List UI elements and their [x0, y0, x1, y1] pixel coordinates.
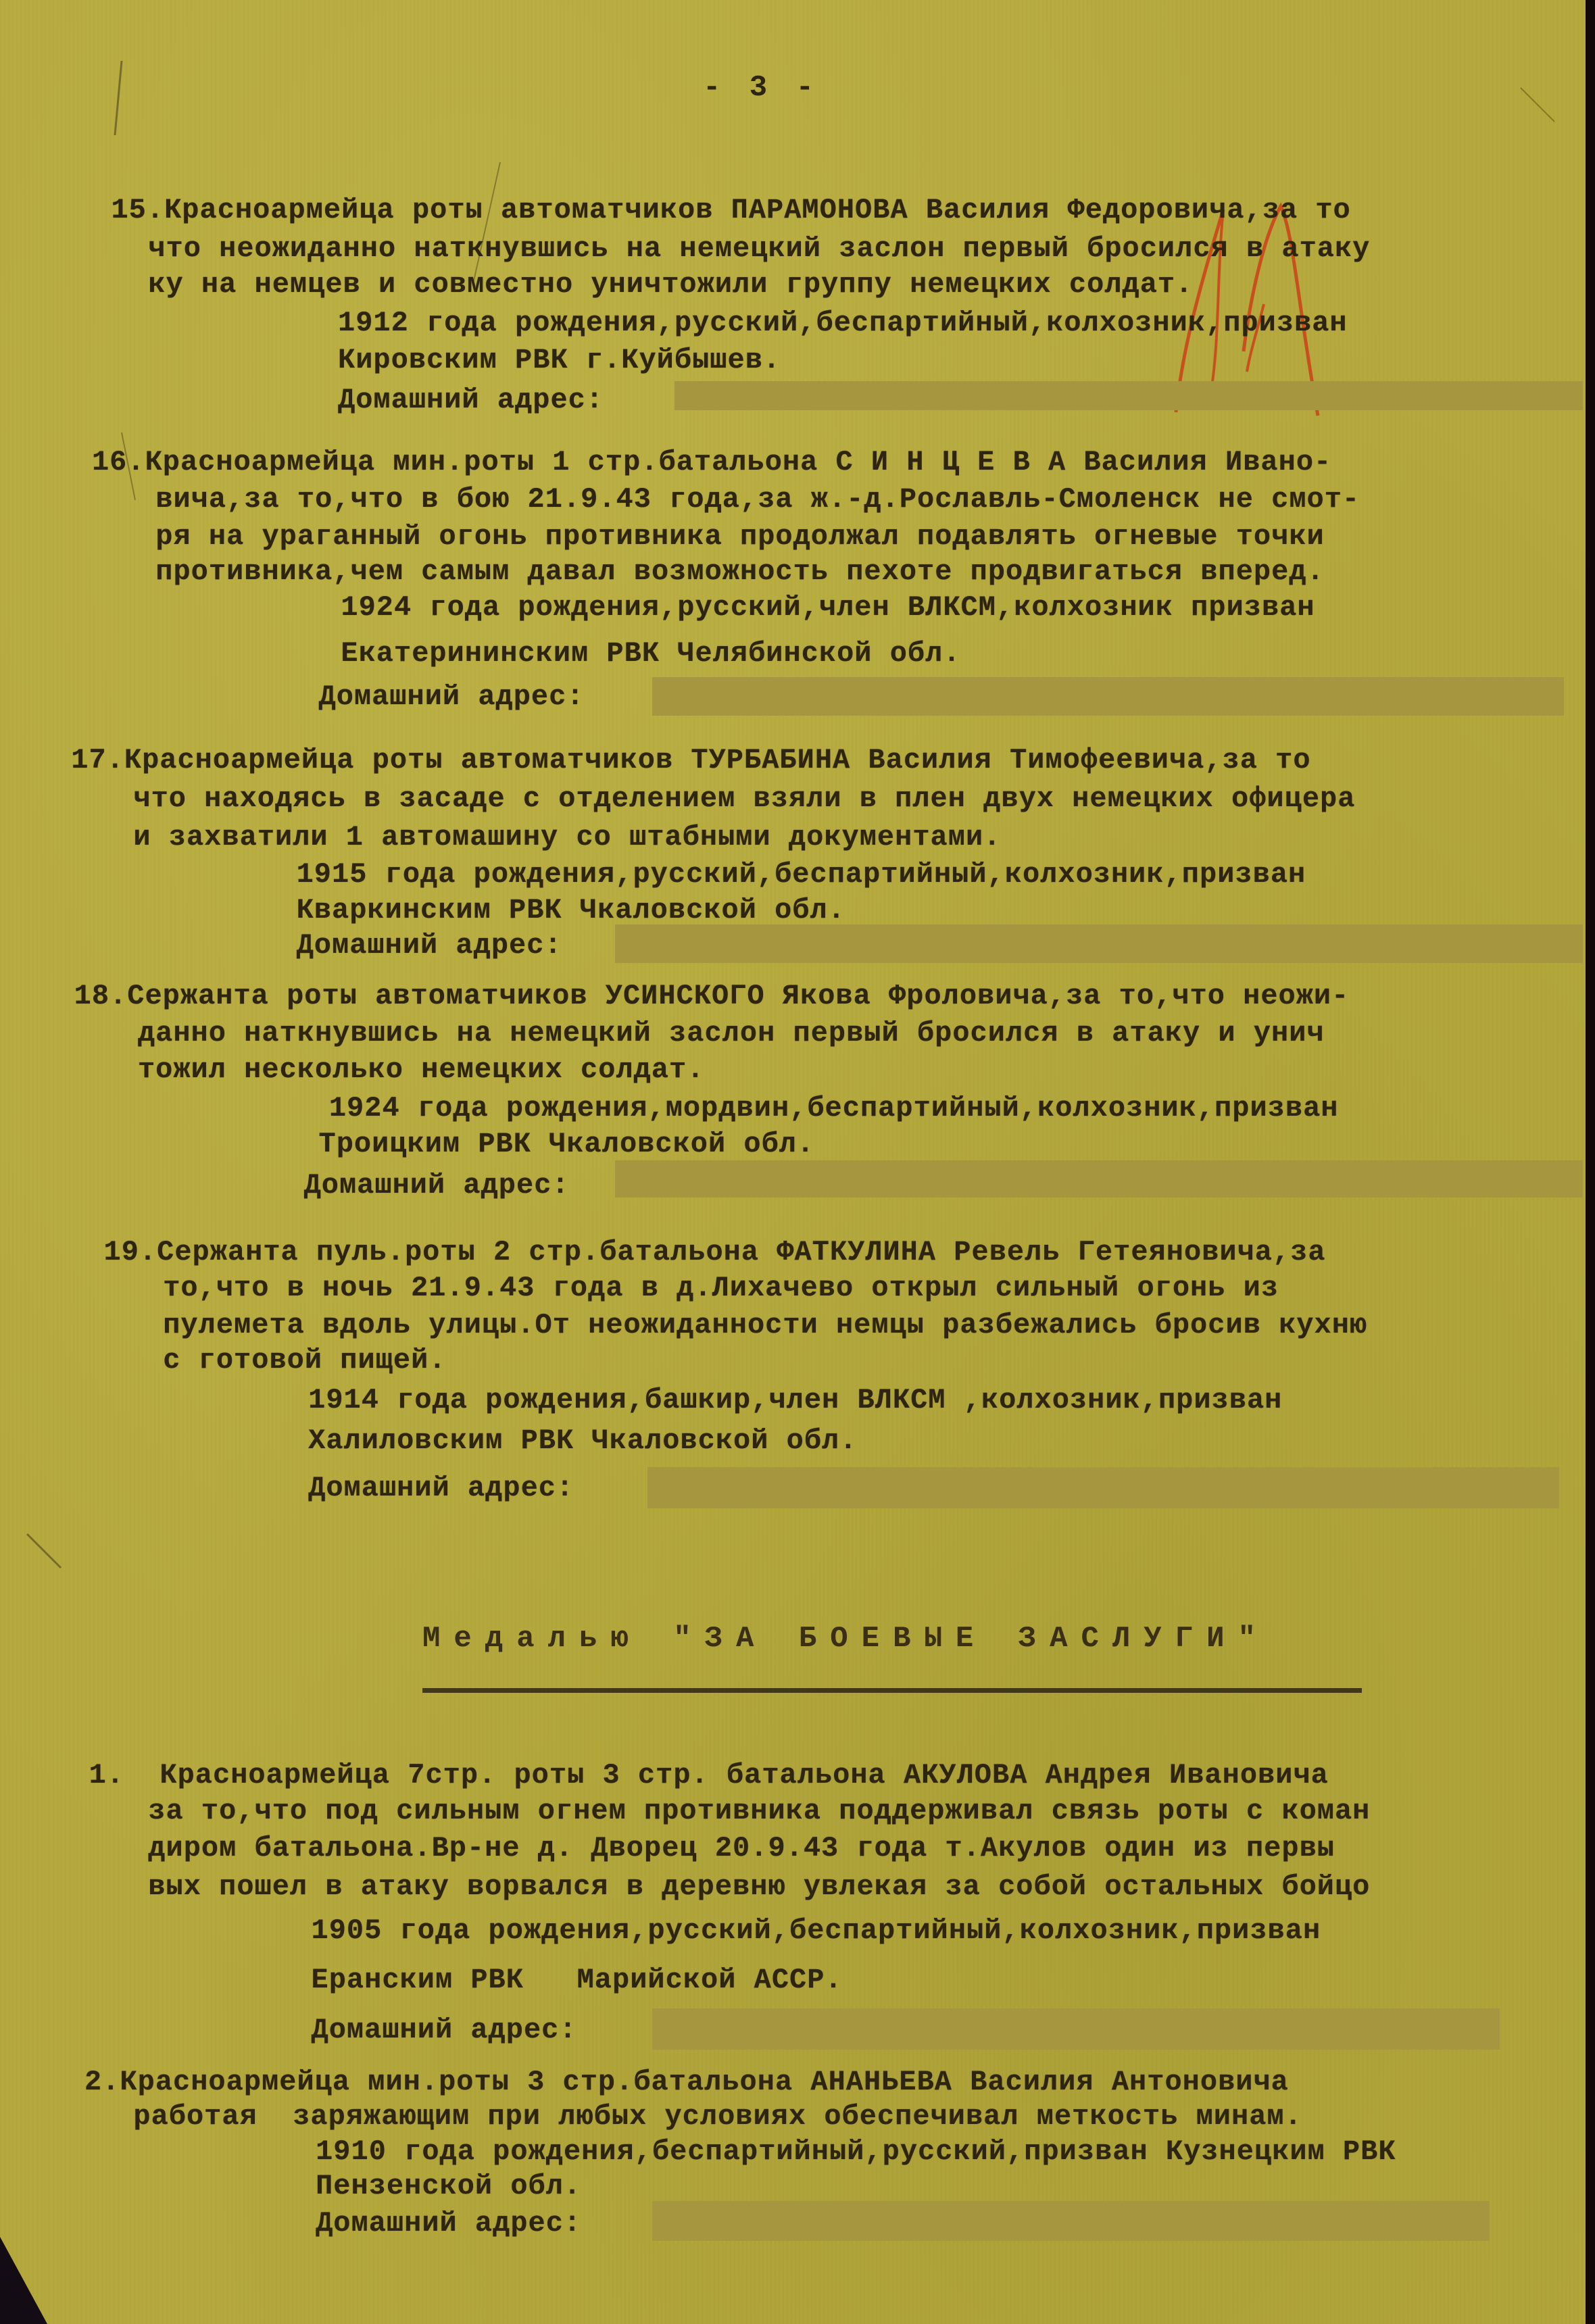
address-redaction [674, 381, 1583, 411]
award-bio-line: 1912 года рождения,русский,беспартийный,… [338, 305, 1348, 341]
heading-underline [422, 1688, 1362, 1693]
award-bio-line: Екатерининским РВК Челябинской обл. [341, 635, 960, 672]
address-redaction [652, 2201, 1490, 2241]
award-bio-line: 1924 года рождения,русский,член ВЛКСМ,ко… [341, 589, 1315, 626]
award-text-line: 1. Красноармейца 7стр. роты 3 стр. батал… [89, 1757, 1329, 1794]
address-redaction [647, 1467, 1559, 1508]
award-bio-line: Халиловским РВК Чкаловской обл. [308, 1423, 857, 1459]
award-text-line: что находясь в засаде с отделением взяли… [133, 781, 1355, 817]
award-bio-line: Кировским РВК г.Куйбышев. [338, 342, 781, 378]
page-number: - 3 - [703, 71, 819, 105]
address-redaction [652, 2008, 1500, 2050]
award-text-line: противника,чем самым давал возможность п… [155, 553, 1324, 590]
award-text-line: тожил несколько немецких солдат. [138, 1052, 705, 1088]
award-text-line: данно наткнувшись на немецкий заслон пер… [138, 1015, 1325, 1052]
award-bio-line: Кваркинским РВК Чкаловской обл. [297, 892, 845, 929]
award-text-line: работая заряжающим при любых условиях об… [133, 2098, 1302, 2135]
home-address-label: Домашний адрес: [304, 1167, 570, 1204]
award-bio-line: 1905 года рождения,русский,беспартийный,… [312, 1912, 1321, 1949]
award-bio-line: 1914 года рождения,башкир,член ВЛКСМ ,ко… [308, 1382, 1282, 1418]
award-text-line: пулемета вдоль улицы.От неожиданности не… [163, 1307, 1367, 1343]
award-bio-line: Троицким РВК Чкаловской обл. [318, 1126, 814, 1162]
award-text-line: то,что в ночь 21.9.43 года в д.Лихачево … [163, 1270, 1279, 1306]
home-address-label: Домашний адрес: [338, 382, 604, 418]
award-text-line: 16.Красноармейца мин.роты 1 стр.батальон… [92, 444, 1331, 480]
award-text-line: 17.Красноармейца роты автоматчиков ТУРБА… [71, 742, 1310, 778]
address-redaction [615, 924, 1583, 963]
award-text-line: за то,что под сильным огнем противника п… [148, 1793, 1370, 1829]
award-text-line: вых пошел в атаку ворвался в деревню увл… [148, 1869, 1370, 1905]
award-text-line: с готовой пищей. [163, 1342, 446, 1379]
home-address-label: Домашний адрес: [297, 927, 562, 964]
address-redaction [615, 1160, 1583, 1197]
award-bio-line: 1915 года рождения,русский,беспартийный,… [297, 856, 1306, 893]
home-address-label: Домашний адрес: [316, 2205, 581, 2242]
home-address-label: Домашний адрес: [312, 2012, 577, 2048]
home-address-label: Домашний адрес: [318, 678, 584, 715]
award-bio-line: Пензенской обл. [316, 2168, 581, 2204]
award-text-line: диром батальона.Вр-не д. Дворец 20.9.43 … [148, 1830, 1335, 1866]
address-redaction [652, 677, 1564, 716]
award-text-line: ку на немцев и совместно уничтожили груп… [148, 266, 1193, 303]
award-text-line: 19.Сержанта пуль.роты 2 стр.батальона ФА… [104, 1234, 1326, 1270]
award-bio-line: Еранским РВК Марийской АССР. [312, 1962, 843, 1998]
award-text-line: 2.Красноармейца мин.роты 3 стр.батальона… [84, 2064, 1289, 2100]
award-bio-line: 1910 года рождения,беспартийный,русский,… [316, 2133, 1396, 2170]
award-text-line: вича,за то,что в бою 21.9.43 года,за ж.-… [155, 481, 1360, 518]
award-text-line: 18.Сержанта роты автоматчиков УСИНСКОГО … [74, 978, 1350, 1014]
award-text-line: 15.Красноармейца роты автоматчиков ПАРАМ… [111, 192, 1350, 228]
award-text-line: и захватили 1 автомашину со штабными док… [133, 819, 1001, 856]
home-address-label: Домашний адрес: [308, 1470, 574, 1506]
section-heading: Медалью "ЗА БОЕВЫЕ ЗАСЛУГИ" [422, 1622, 1269, 1656]
award-text-line: ря на ураганный огонь противника продолж… [155, 518, 1324, 555]
award-bio-line: 1924 года рождения,мордвин,беспартийный,… [329, 1090, 1339, 1127]
award-text-line: что неожиданно наткнувшись на немецкий з… [148, 230, 1370, 267]
